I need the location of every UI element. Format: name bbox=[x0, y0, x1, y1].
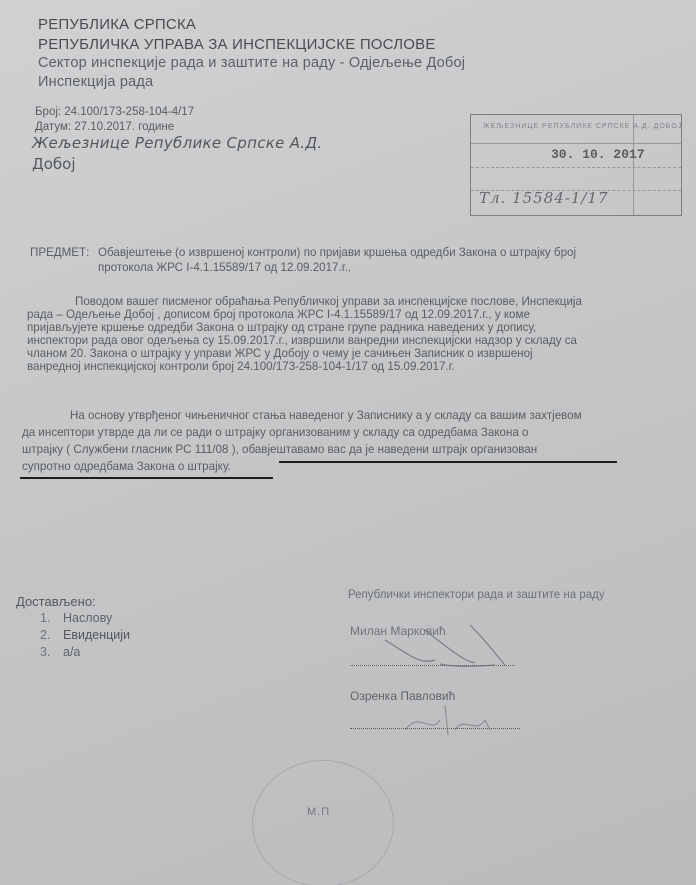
delivered-item: Евиденцији bbox=[63, 628, 130, 642]
subject-line-1: Обавјештење (о извршеној контроли) по пр… bbox=[98, 246, 576, 259]
reference-number: Број: 24.100/173-258-104-4/17 bbox=[35, 106, 194, 118]
receipt-stamp: ЖЕЉЕЗНИЦЕ РЕПУБЛИКЕ СРПСКЕ А.Д. ДОБОЈ 30… bbox=[470, 114, 682, 216]
header-agency: РЕПУБЛИЧКА УПРАВА ЗА ИНСПЕКЦИЈСКЕ ПОСЛОВ… bbox=[38, 36, 436, 53]
header-inspection: Инспекција рада bbox=[38, 74, 153, 90]
header-sector: Сектор инспекције рада и заштите на раду… bbox=[38, 55, 465, 71]
delivered-item-num: 2. bbox=[40, 628, 50, 642]
paragraph-2-line: да инсептори утврде да ли се ради о штра… bbox=[22, 426, 528, 439]
delivered-label: Достављено: bbox=[16, 594, 96, 609]
signature-line-1 bbox=[350, 665, 515, 666]
header-republic: РЕПУБЛИКА СРПСКА bbox=[38, 16, 196, 33]
stamp-date: 30. 10. 2017 bbox=[551, 147, 645, 162]
reference-date: Датум: 27.10.2017. године bbox=[35, 121, 174, 133]
seal-label: М.П bbox=[307, 806, 330, 818]
signature-line-2 bbox=[350, 728, 520, 729]
signature-2-scribble bbox=[400, 700, 520, 740]
official-seal: М.П bbox=[252, 760, 394, 885]
delivered-item: а/а bbox=[63, 645, 80, 659]
paragraph-2-line: супротно одредбама Закона о штрајку. bbox=[22, 460, 231, 473]
subject-label: ПРЕДМЕТ: bbox=[30, 246, 89, 259]
paragraph-1-line: Поводом вашег писменог обраћања Републич… bbox=[75, 295, 582, 308]
paragraph-2-line: На основу утврђеног чињеничног стања нав… bbox=[70, 409, 582, 422]
stamp-header-text: ЖЕЉЕЗНИЦЕ РЕПУБЛИКЕ СРПСКЕ А.Д. ДОБОЈ bbox=[483, 123, 682, 130]
conclusion-underline bbox=[20, 477, 273, 479]
signature-title: Републички инспектори рада и заштите на … bbox=[348, 589, 605, 601]
recipient-city: Добој bbox=[32, 155, 76, 173]
delivered-item-num: 3. bbox=[40, 645, 50, 659]
paragraph-1-line: инспектори рада овог одељења су 15.09.20… bbox=[27, 334, 577, 347]
paragraph-1-line: ванредној инспекцијској контроли број 24… bbox=[27, 360, 455, 373]
signature-1-scribble bbox=[380, 620, 520, 670]
delivered-item-num: 1. bbox=[40, 611, 50, 625]
paragraph-2-line: штрајку ( Службени гласник РС 111/08 ), … bbox=[22, 443, 537, 456]
subject-line-2: протокола ЖРС І-4.1.15589/17 од 12.09.20… bbox=[98, 261, 351, 274]
stamp-handwritten-number: Тл. 15584-1/17 bbox=[479, 189, 609, 207]
paragraph-1-line: пријављујете кршење одредби Закона о штр… bbox=[27, 321, 536, 334]
recipient-name: Жељезнице Републике Српске А.Д. bbox=[32, 134, 322, 152]
paragraph-1-line: рада – Одељење Добој , дописом број прот… bbox=[27, 308, 530, 321]
paragraph-1-line: чланом 20. Закона о штрајку у управи ЖРС… bbox=[27, 347, 533, 360]
conclusion-underline bbox=[279, 461, 617, 463]
delivered-item: Наслову bbox=[63, 611, 112, 625]
